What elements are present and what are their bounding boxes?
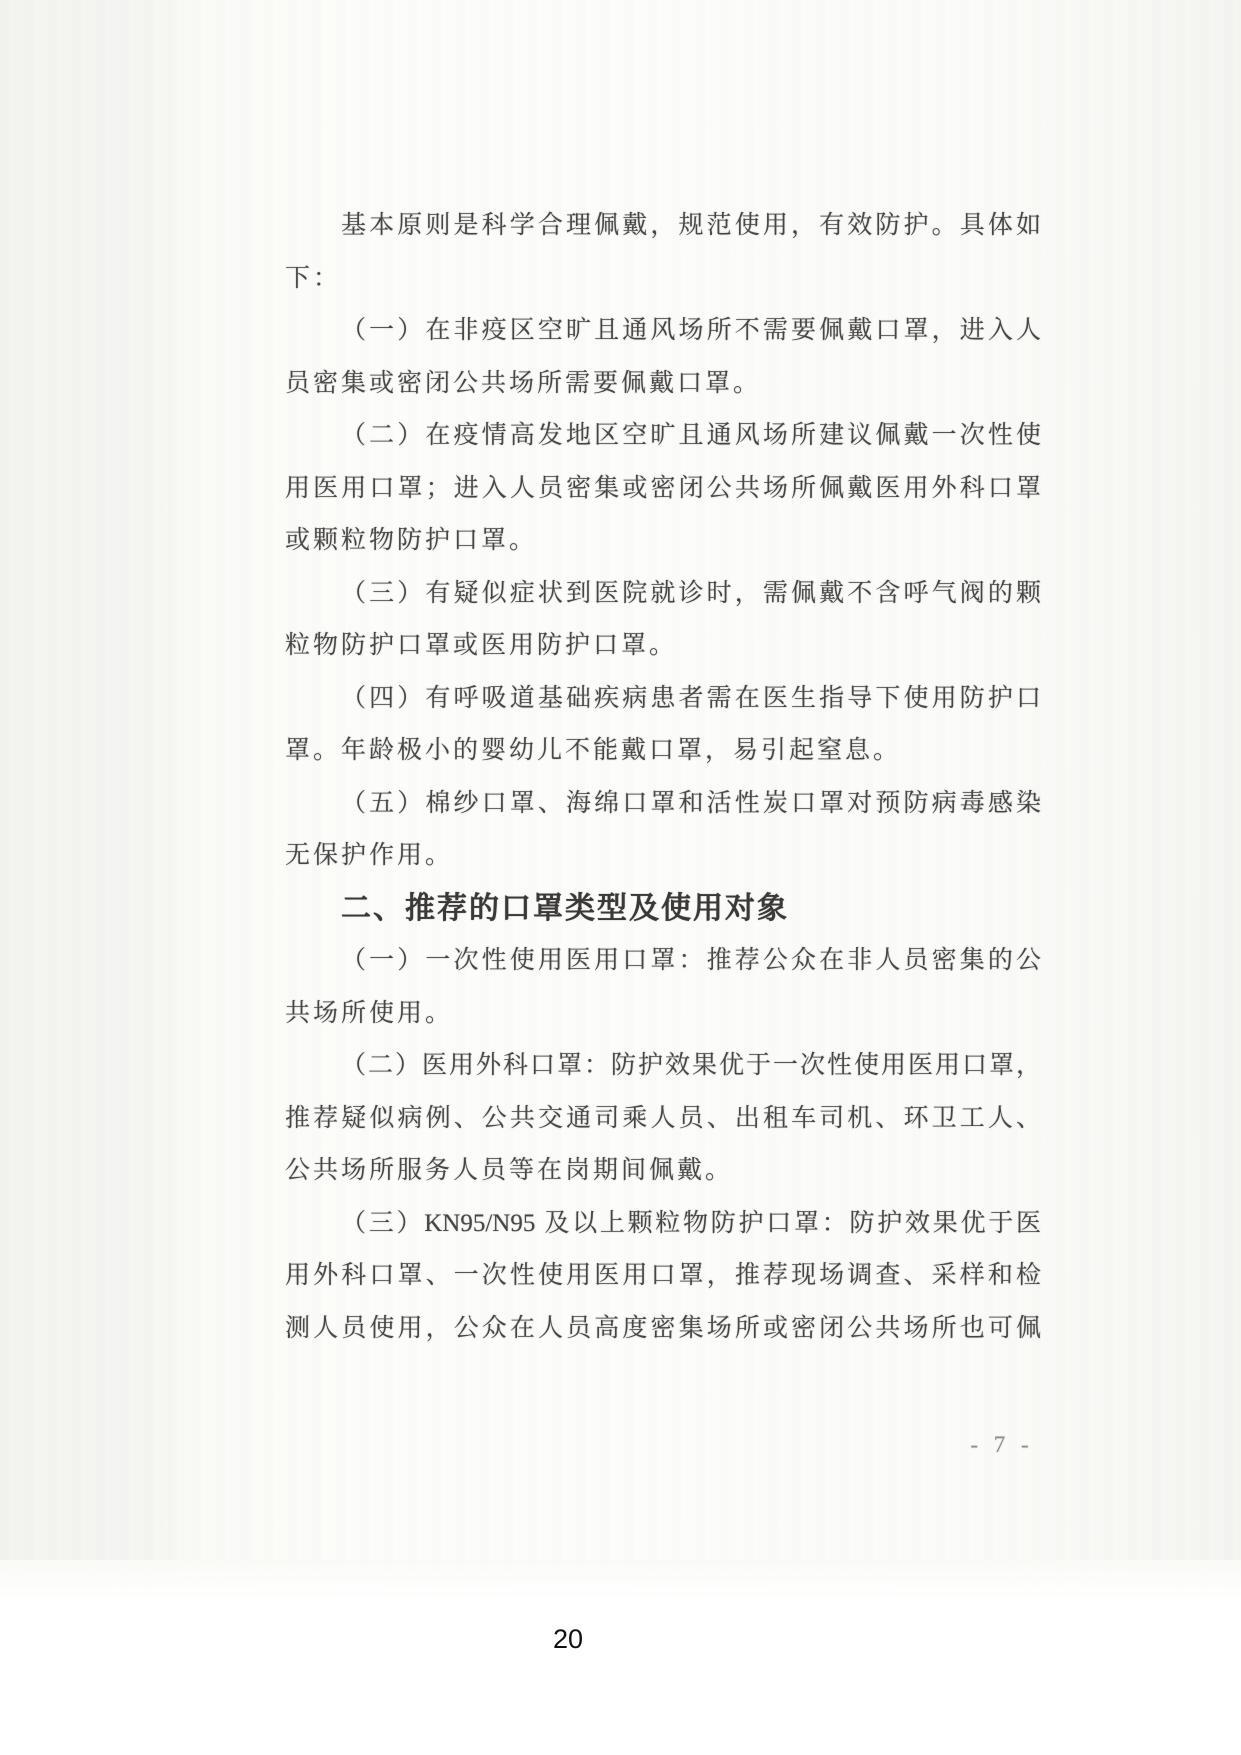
text-line: 用医用口罩；进入人员密集或密闭公共场所佩戴医用外科口罩 (285, 463, 1041, 516)
text-line: 用外科口罩、一次性使用医用口罩，推荐现场调查、采样和检 (285, 1250, 1041, 1303)
text-line: （五）棉纱口罩、海绵口罩和活性炭口罩对预防病毒感染 (285, 778, 1041, 831)
text-line: 罩。年龄极小的婴幼儿不能戴口罩，易引起窒息。 (285, 725, 1041, 778)
scan-page-number: - 7 - (952, 1430, 1052, 1460)
text-line: 测人员使用，公众在人员高度密集场所或密闭公共场所也可佩 (285, 1303, 1041, 1356)
text-line: （四）有呼吸道基础疾病患者需在医生指导下使用防护口 (285, 673, 1041, 726)
text-line: 公共场所服务人员等在岗期间佩戴。 (285, 1145, 1041, 1198)
text-line: （一）在非疫区空旷且通风场所不需要佩戴口罩，进入人 (285, 305, 1041, 358)
document-text-block: 基本原则是科学合理佩戴，规范使用，有效防护。具体如 下： （一）在非疫区空旷且通… (285, 200, 1041, 1355)
text-line: 粒物防护口罩或医用防护口罩。 (285, 620, 1041, 673)
document-page-number: 20 (528, 1622, 608, 1656)
section-heading: 二、推荐的口罩类型及使用对象 (285, 883, 1041, 936)
scan-bottom-edge (0, 1560, 1241, 1600)
text-line: 下： (285, 253, 1041, 306)
text-line: （二）在疫情高发地区空旷且通风场所建议佩戴一次性使 (285, 410, 1041, 463)
text-line: 共场所使用。 (285, 988, 1041, 1041)
scanned-document-page: 基本原则是科学合理佩戴，规范使用，有效防护。具体如 下： （一）在非疫区空旷且通… (0, 0, 1241, 1755)
text-line: （三）KN95/N95 及以上颗粒物防护口罩：防护效果优于医 (285, 1198, 1041, 1251)
text-line: （二）医用外科口罩：防护效果优于一次性使用医用口罩， (285, 1040, 1041, 1093)
text-line: （三）有疑似症状到医院就诊时，需佩戴不含呼气阀的颗 (285, 568, 1041, 621)
text-line: （一）一次性使用医用口罩：推荐公众在非人员密集的公 (285, 935, 1041, 988)
text-line: 推荐疑似病例、公共交通司乘人员、出租车司机、环卫工人、 (285, 1093, 1041, 1146)
text-line: 员密集或密闭公共场所需要佩戴口罩。 (285, 358, 1041, 411)
text-line: 基本原则是科学合理佩戴，规范使用，有效防护。具体如 (285, 200, 1041, 253)
text-line: 无保护作用。 (285, 830, 1041, 883)
text-line: 或颗粒物防护口罩。 (285, 515, 1041, 568)
